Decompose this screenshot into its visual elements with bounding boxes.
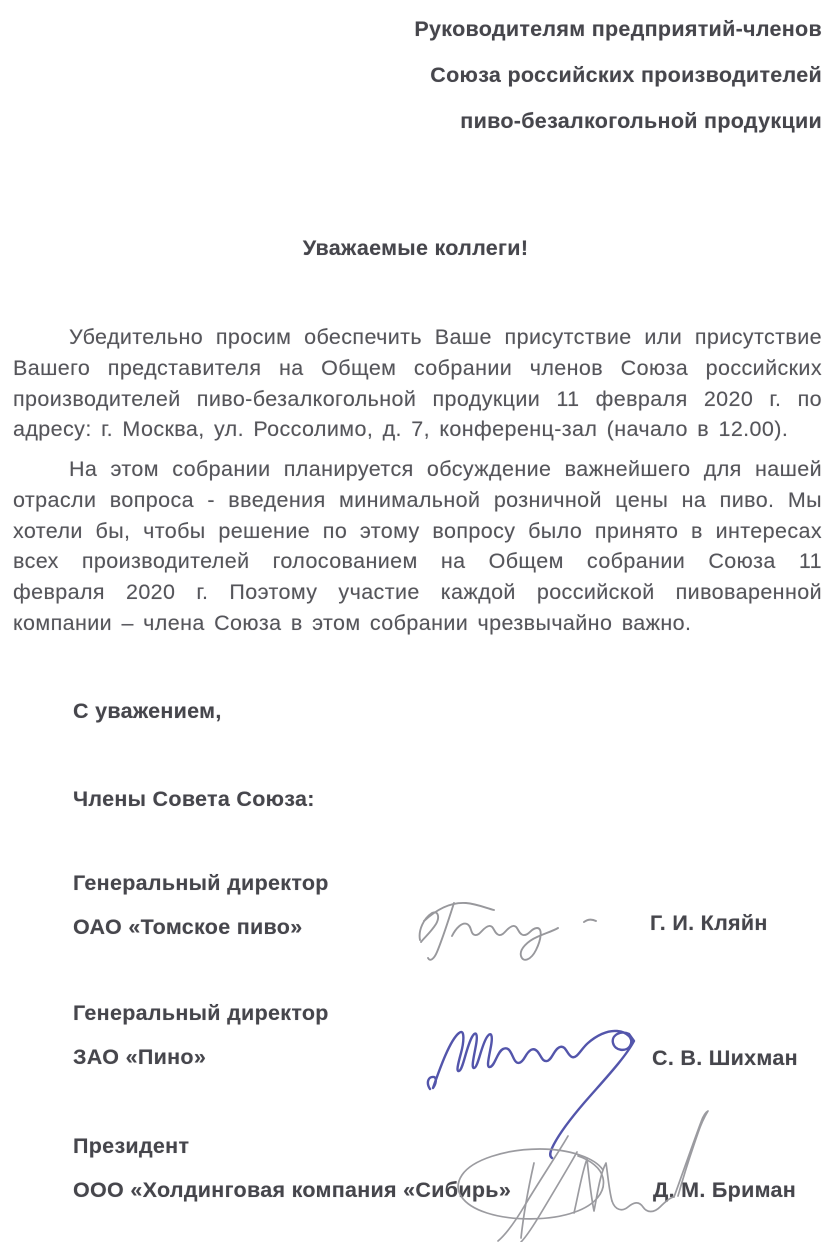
- signatory-block-3: Президент ООО «Холдинговая компания «Сиб…: [73, 1124, 511, 1212]
- recipient-line: Руководителям предприятий-членов: [300, 6, 822, 52]
- body-paragraph-2: На этом собрании планируется обсуждение …: [13, 454, 822, 639]
- signatory-name: Д. М. Бриман: [653, 1176, 796, 1204]
- signatory-title: Президент: [73, 1124, 511, 1168]
- scanned-letter-page: Руководителям предприятий-членов Союза р…: [0, 0, 831, 1242]
- recipient-line: Союза российских производителей: [300, 52, 822, 98]
- kleyn-handwritten-signature-icon: [405, 895, 605, 970]
- signatory-block-1: Генеральный директор ОАО «Томское пиво»: [73, 861, 329, 949]
- recipient-line: пиво-безалкогольной продукции: [300, 98, 822, 144]
- salutation: Уважаемые коллеги!: [0, 234, 831, 262]
- closing-line: С уважением,: [73, 697, 222, 725]
- signatory-company: ЗАО «Пино»: [73, 1035, 329, 1079]
- recipient-block: Руководителям предприятий-членов Союза р…: [300, 6, 822, 144]
- signatory-name: Г. И. Кляйн: [650, 909, 768, 937]
- body-paragraph-1: Убедительно просим обеспечить Ваше прису…: [13, 322, 822, 445]
- signatory-title: Генеральный директор: [73, 861, 329, 905]
- signatory-company: ООО «Холдинговая компания «Сибирь»: [73, 1168, 511, 1212]
- signatory-title: Генеральный директор: [73, 991, 329, 1035]
- signatory-company: ОАО «Томское пиво»: [73, 905, 329, 949]
- council-heading: Члены Совета Союза:: [73, 785, 315, 813]
- signatory-block-2: Генеральный директор ЗАО «Пино»: [73, 991, 329, 1079]
- signatory-name: С. В. Шихман: [652, 1044, 798, 1072]
